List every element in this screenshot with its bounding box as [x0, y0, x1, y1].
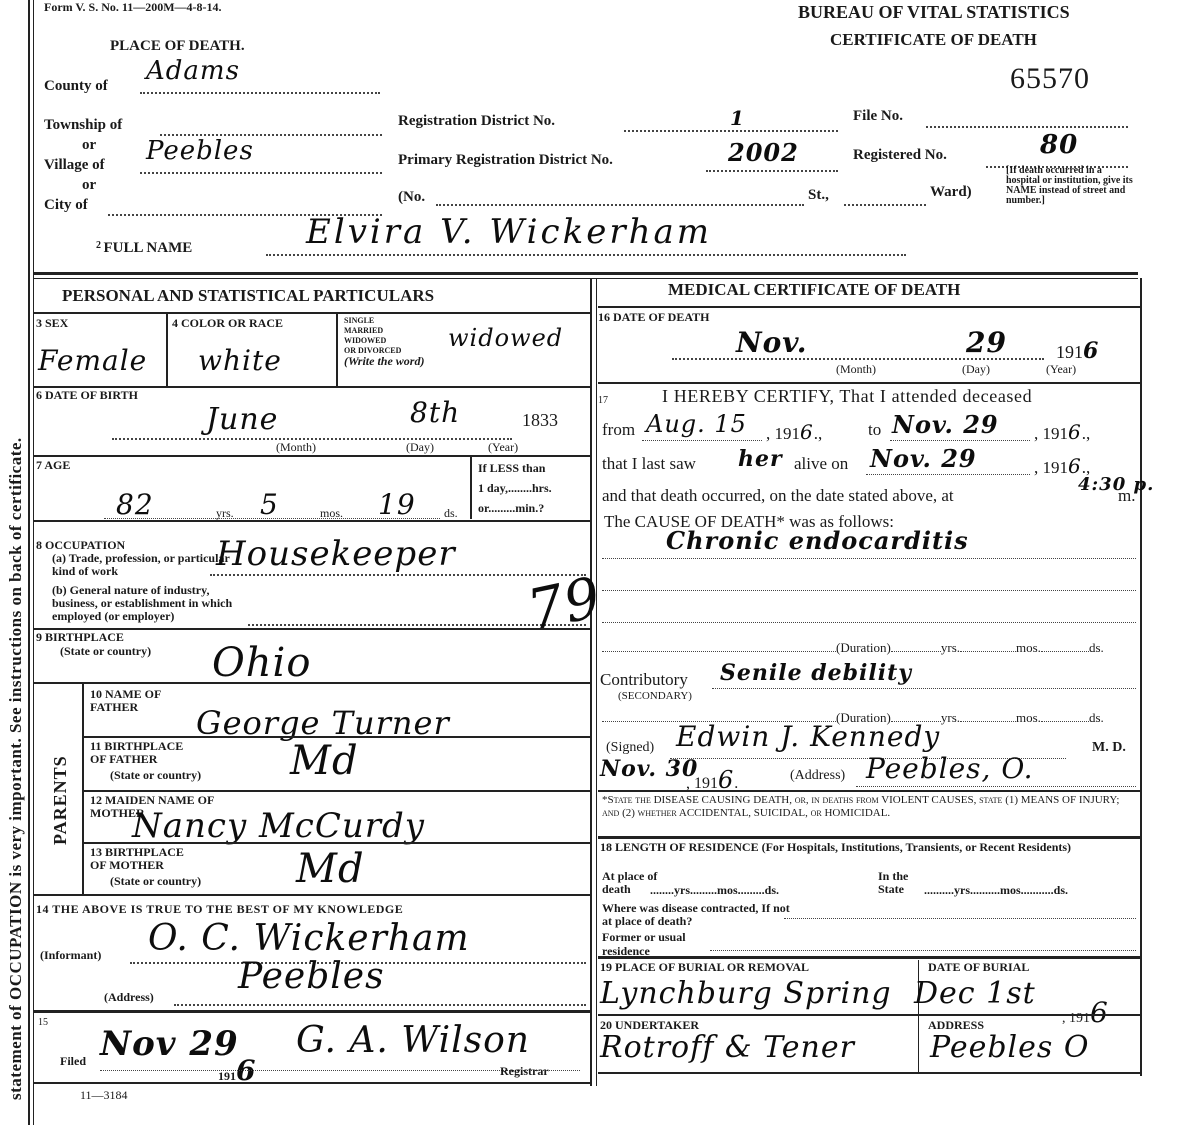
township-field[interactable] [160, 118, 382, 136]
rule [34, 312, 590, 314]
burial-year-suffix: 6 [1090, 996, 1109, 1029]
age-label: 7 AGE [36, 458, 70, 473]
sex-value: Female [38, 344, 147, 377]
marital-value: widowed [448, 324, 563, 352]
duration-mos: mos. [1016, 640, 1041, 655]
full-name-label: 2 FULL NAME [96, 240, 192, 257]
cause-value: Chronic endocarditis [666, 526, 969, 555]
parents-label: PARENTS [50, 755, 71, 845]
contributory-label: Contributory [600, 670, 688, 690]
father-birthplace-value: Md [290, 738, 359, 784]
dod-month: Nov. [736, 326, 807, 359]
in-state-label: In the State [878, 870, 928, 896]
dob-day: 8th [410, 396, 460, 429]
street-no-field[interactable] [436, 190, 804, 206]
rule [598, 790, 1140, 792]
occupation-b-label: (b) General nature of industry, business… [52, 584, 248, 623]
father-name-label: 10 NAME OF FATHER [90, 688, 180, 714]
certificate-title: CERTIFICATE OF DEATH [830, 30, 1037, 50]
top-rule [34, 272, 1138, 275]
last-saw-label: that I last saw [602, 454, 696, 474]
contracted-field[interactable] [784, 914, 1136, 919]
county-value: Adams [146, 56, 240, 86]
dod-year-suffix: 6 [1083, 338, 1099, 364]
rule [34, 682, 590, 684]
file-no-field[interactable] [926, 110, 1128, 128]
bottom-code: 11—3184 [80, 1088, 128, 1103]
former-field[interactable] [710, 946, 1136, 951]
dod-year-caption: (Year) [1046, 362, 1076, 377]
dod-year: 1916 [1056, 338, 1099, 364]
footnote: *State the DISEASE CAUSING DEATH, or, in… [602, 794, 1136, 820]
duration-yrs: yrs. [941, 640, 960, 655]
rule [598, 836, 1140, 839]
num-17: 17 [598, 396, 608, 406]
duration-line-1: (Duration)yrs.mos.ds. [602, 640, 1136, 656]
dob-year: 1833 [522, 410, 558, 431]
former-label: Former or usual residence [602, 930, 722, 958]
alive-year-prefix: 191 [1043, 458, 1069, 477]
village-field[interactable]: Peebles [140, 148, 382, 174]
rule [34, 455, 590, 457]
undertaker-value: Rotroff & Tener [600, 1030, 855, 1065]
duration-label: (Duration) [836, 640, 891, 655]
address-label: (Address) [104, 990, 154, 1005]
burial-date-value: Dec 1st [914, 976, 1036, 1011]
signed-date: Nov. 30 [600, 756, 698, 782]
primary-reg-value: 2002 [728, 138, 799, 167]
dob-label: 6 DATE OF BIRTH [36, 388, 138, 403]
age-ds-label: ds. [444, 506, 458, 521]
rule [34, 520, 590, 522]
registrar-value: G. A. Wilson [296, 1020, 530, 1061]
filed-label: Filed [60, 1054, 86, 1069]
margin-rule-inner [33, 0, 34, 1125]
month-caption: (Month) [276, 440, 316, 455]
full-name-field[interactable]: Elvira V. Wickerham [266, 222, 906, 256]
marital-line: (Write the word) [344, 356, 424, 366]
dod-day-caption: (Day) [962, 362, 990, 377]
registrar-label: Registrar [500, 1064, 549, 1079]
bureau-title: BUREAU OF VITAL STATISTICS [798, 2, 1070, 23]
personal-heading: PERSONAL AND STATISTICAL PARTICULARS [62, 286, 434, 306]
ward-field[interactable] [844, 190, 926, 206]
form-number: Form V. S. No. 11—200M—4-8-14. [44, 0, 222, 15]
day-caption: (Day) [406, 440, 434, 455]
to-year-prefix: 191 [1043, 424, 1069, 443]
column-divider-2 [596, 278, 597, 1086]
marital-label: SINGLE MARRIED WIDOWED OR DIVORCED (Writ… [344, 316, 424, 366]
duration-mos: mos. [1016, 710, 1041, 725]
margin-rule [28, 0, 30, 1125]
m-suffix: m. [1118, 486, 1135, 506]
rule [34, 1082, 590, 1084]
informant-label: (Informant) [40, 948, 101, 963]
time-value: 4:30 p. [1078, 474, 1154, 495]
color-value: white [198, 344, 282, 377]
birthplace-sub: (State or country) [60, 644, 151, 659]
from-year-prefix: 191 [775, 424, 801, 443]
rule [84, 790, 590, 792]
less-than-line: or.........min.? [478, 498, 552, 518]
sex-label: 3 SEX [36, 316, 68, 331]
father-birthplace-label: 11 BIRTHPLACE OF FATHER [90, 740, 200, 766]
rule [166, 314, 168, 386]
mother-birthplace-label: 13 BIRTHPLACE OF MOTHER [90, 846, 200, 872]
street-no-label: (No. [398, 189, 425, 206]
rule [34, 1010, 590, 1013]
place-of-death-heading: PLACE OF DEATH. [110, 38, 245, 55]
true-statement: 14 THE ABOVE IS TRUE TO THE BEST OF MY K… [36, 902, 403, 917]
cause-field-2[interactable] [602, 584, 1136, 591]
birthplace-value: Ohio [212, 640, 311, 686]
filed-year-prefix: 191 [218, 1069, 236, 1083]
dod-day: 29 [966, 326, 1007, 359]
rule [598, 956, 1140, 959]
signed-label: (Signed) [606, 740, 654, 756]
burial-label: 19 PLACE OF BURIAL OR REMOVAL [600, 960, 809, 975]
marital-line: MARRIED [344, 326, 424, 336]
village-label: Village of [44, 157, 105, 174]
duration-ds: ds. [1089, 710, 1104, 725]
mother-name-value: Nancy McCurdy [132, 806, 425, 846]
rule [336, 314, 338, 386]
township-label: Township of [44, 117, 122, 134]
reg-district-value: 1 [730, 106, 745, 130]
alive-on-label: alive on [794, 454, 848, 474]
primary-reg-label: Primary Registration District No. [398, 152, 613, 169]
file-no-label: File No. [853, 108, 903, 125]
dod-label: 16 DATE OF DEATH [598, 310, 709, 325]
from-value: Aug. 15 [646, 410, 747, 438]
from-year-suffix: 6 [800, 420, 814, 444]
informant-value: O. C. Wickerham [148, 918, 470, 959]
marital-line: SINGLE [344, 316, 424, 326]
mother-birthplace-value: Md [296, 846, 365, 892]
or-label-2: or [82, 177, 96, 194]
from-year: , 1916., [766, 420, 822, 444]
margin-instruction: statement of OCCUPATION is very importan… [6, 437, 26, 1100]
full-name-value: Elvira V. Wickerham [306, 212, 712, 252]
occurred-text: and that death occurred, on the date sta… [602, 486, 954, 506]
less-than-box: If LESS than 1 day,........hrs. or......… [478, 458, 552, 518]
to-label: to [868, 420, 881, 440]
rule [598, 382, 1140, 384]
rule [598, 306, 1140, 308]
at-place-fields[interactable]: ........yrs.........mos.........ds. [650, 883, 779, 898]
from-label: from [602, 420, 635, 440]
contributory-sub: (SECONDARY) [618, 690, 692, 702]
registered-no-value: 80 [1040, 130, 1078, 160]
rule [82, 684, 84, 894]
full-name-text: FULL NAME [104, 240, 193, 256]
residence-label: 18 LENGTH OF RESIDENCE (For Hospitals, I… [600, 840, 1136, 854]
burial-year: , 1916 [1062, 996, 1109, 1029]
county-label: County of [44, 78, 108, 95]
year-caption: (Year) [488, 440, 518, 455]
age-field[interactable] [104, 506, 440, 519]
color-label: 4 COLOR OR RACE [172, 316, 283, 331]
burial-value: Lynchburg Spring [600, 976, 892, 1011]
hospital-note: [If death occurred in a hospital or inst… [1006, 166, 1138, 206]
filed-num: 15 [38, 1018, 48, 1028]
rule [34, 894, 590, 896]
reg-district-label: Registration District No. [398, 113, 555, 130]
margin-scribble: 79 [522, 565, 607, 644]
street-label: St., [808, 187, 829, 204]
signed-value: Edwin J. Kennedy [676, 720, 940, 753]
dod-year-prefix: 191 [1056, 342, 1083, 362]
md-label: M. D. [1092, 740, 1126, 756]
certify-text: I HEREBY CERTIFY, That I attended deceas… [662, 386, 1032, 407]
less-than-line: 1 day,........hrs. [478, 478, 552, 498]
contracted-label: Where was disease contracted, If not at … [602, 902, 802, 928]
rule [84, 842, 590, 844]
contributory-value: Senile debility [720, 660, 912, 686]
less-than-line: If LESS than [478, 458, 552, 478]
reg-district-field[interactable]: 1 [624, 112, 838, 132]
city-label: City of [44, 197, 88, 214]
dob-month: June [206, 402, 278, 437]
to-year-suffix: 6 [1068, 420, 1082, 444]
county-field[interactable]: Adams [140, 66, 380, 94]
last-saw-value: her [738, 446, 783, 472]
or-label-1: or [82, 137, 96, 154]
marital-line: WIDOWED [344, 336, 424, 346]
rule [598, 1014, 1140, 1016]
top-rule-2 [34, 278, 1138, 279]
to-value: Nov. 29 [892, 410, 999, 439]
column-divider [590, 278, 592, 1086]
sig-address-value: Peebles, O. [866, 752, 1034, 785]
dod-month-caption: (Month) [836, 362, 876, 377]
certificate-number: 65570 [1010, 62, 1090, 96]
alive-on-value: Nov. 29 [870, 444, 977, 473]
father-birthplace-sub: (State or country) [110, 768, 201, 783]
rule [470, 455, 472, 519]
medical-heading: MEDICAL CERTIFICATE OF DEATH [668, 280, 960, 300]
duration-yrs: yrs. [941, 710, 960, 725]
duration-ds: ds. [1089, 640, 1104, 655]
ward-label: Ward) [930, 184, 972, 201]
cause-field-3[interactable] [602, 616, 1136, 623]
right-frame [1140, 278, 1142, 1076]
occupation-a-value: Housekeeper [216, 534, 456, 574]
burial-date-label: DATE OF BURIAL [928, 960, 1029, 975]
sig-address-label: (Address) [790, 768, 845, 784]
rule [598, 1072, 1140, 1074]
registered-no-label: Registered No. [853, 147, 947, 164]
village-value: Peebles [146, 136, 254, 166]
address-value: Peebles [238, 956, 385, 997]
undertaker-address-value: Peebles O [930, 1030, 1089, 1065]
mother-birthplace-sub: (State or country) [110, 874, 201, 889]
in-state-fields[interactable]: ..........yrs..........mos...........ds. [924, 883, 1068, 898]
birthplace-label: 9 BIRTHPLACE [36, 630, 124, 645]
to-year: , 1916., [1034, 420, 1090, 444]
primary-reg-field[interactable]: 2002 [706, 148, 838, 172]
